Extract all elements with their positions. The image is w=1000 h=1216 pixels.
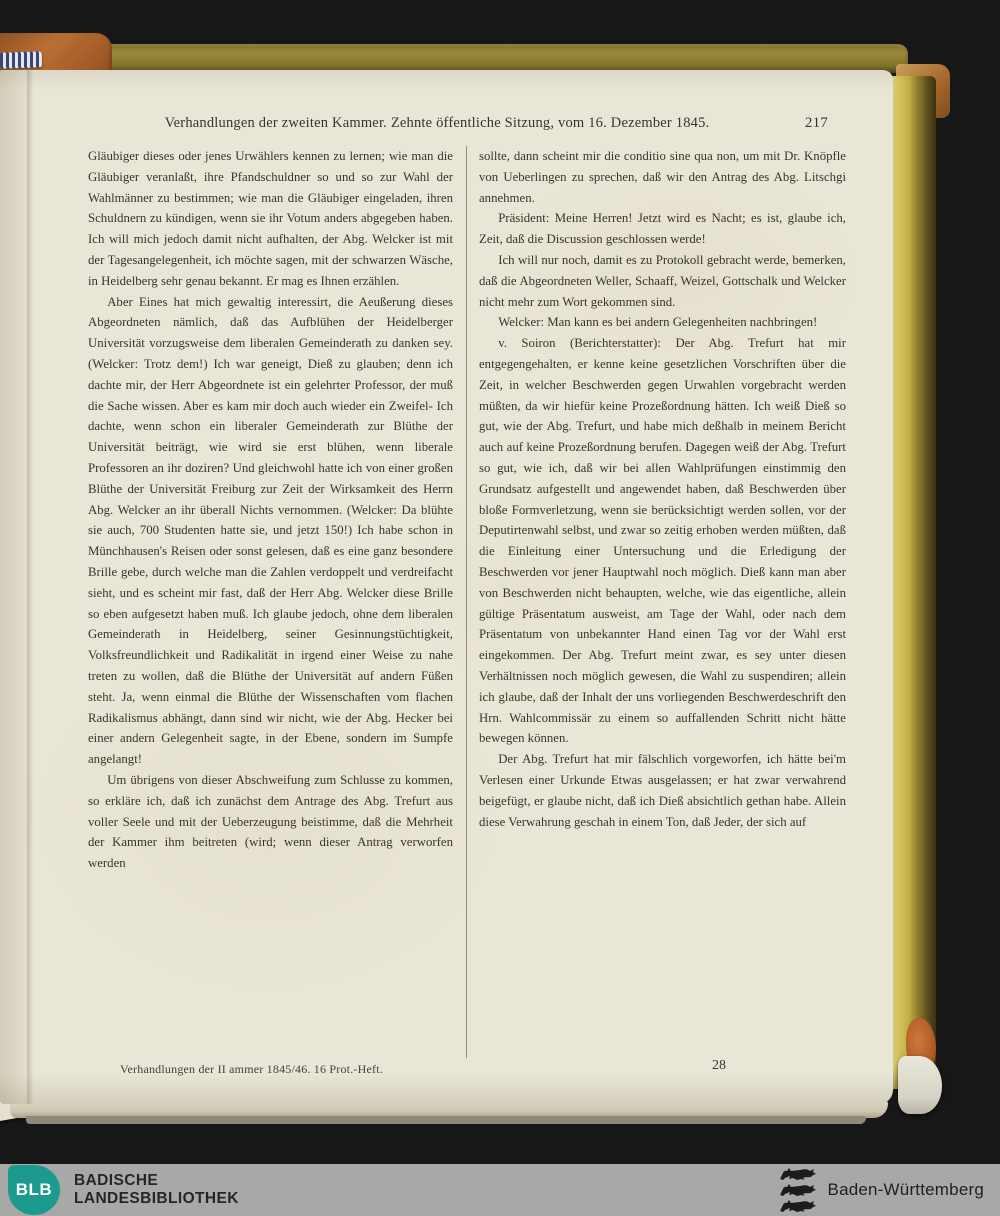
paragraph: v. Soiron (Berichterstatter): Der Abg. T… — [479, 333, 846, 749]
right-column: sollte, dann scheint mir die conditio si… — [466, 146, 846, 1058]
sheet-number: 28 — [712, 1058, 726, 1074]
blb-logo: BLB — [8, 1165, 60, 1215]
page-header: Verhandlungen der zweiten Kammer. Zehnte… — [88, 115, 846, 139]
under-page-edge-2 — [26, 1116, 866, 1124]
state-name: Baden-Württemberg — [828, 1180, 984, 1200]
paragraph: Präsident: Meine Herren! Jetzt wird es N… — [479, 208, 846, 250]
blb-logo-text: BLB — [16, 1180, 52, 1200]
library-name: BADISCHE LANDESBIBLIOTHEK — [74, 1172, 239, 1208]
book-endband — [0, 51, 42, 68]
scanned-page: Verhandlungen der zweiten Kammer. Zehnte… — [0, 70, 893, 1104]
paragraph: sollte, dann scheint mir die conditio si… — [479, 146, 846, 208]
left-column: Gläubiger dieses oder jenes Urwählers ke… — [88, 146, 466, 1058]
library-footer-bar: BLB BADISCHE LANDESBIBLIOTHEK Baden-Würt… — [0, 1164, 1000, 1216]
paragraph: Der Abg. Trefurt hat mir fälschlich vorg… — [479, 749, 846, 832]
text-columns: Gläubiger dieses oder jenes Urwählers ke… — [88, 146, 846, 1058]
state-branding: Baden-Württemberg — [773, 1167, 984, 1213]
paragraph: Ich will nur noch, damit es zu Protokoll… — [479, 250, 846, 312]
book-top-edge — [56, 44, 908, 73]
paragraph: Gläubiger dieses oder jenes Urwählers ke… — [88, 146, 453, 292]
library-name-line1: BADISCHE — [74, 1172, 239, 1190]
volume-signature-line: Verhandlungen der II ammer 1845/46. 16 P… — [120, 1062, 383, 1077]
paragraph: Welcker: Man kann es bei andern Gelegenh… — [479, 312, 846, 333]
baden-wuerttemberg-lions-icon — [773, 1167, 819, 1213]
page-tear-fragment — [898, 1056, 942, 1114]
paragraph: Um übrigens von dieser Abschweifung zum … — [88, 770, 453, 874]
running-title: Verhandlungen der zweiten Kammer. Zehnte… — [88, 115, 846, 132]
paragraph: Aber Eines hat mich gewaltig interessirt… — [88, 292, 453, 770]
page-number: 217 — [805, 115, 828, 132]
library-name-line2: LANDESBIBLIOTHEK — [74, 1190, 239, 1208]
